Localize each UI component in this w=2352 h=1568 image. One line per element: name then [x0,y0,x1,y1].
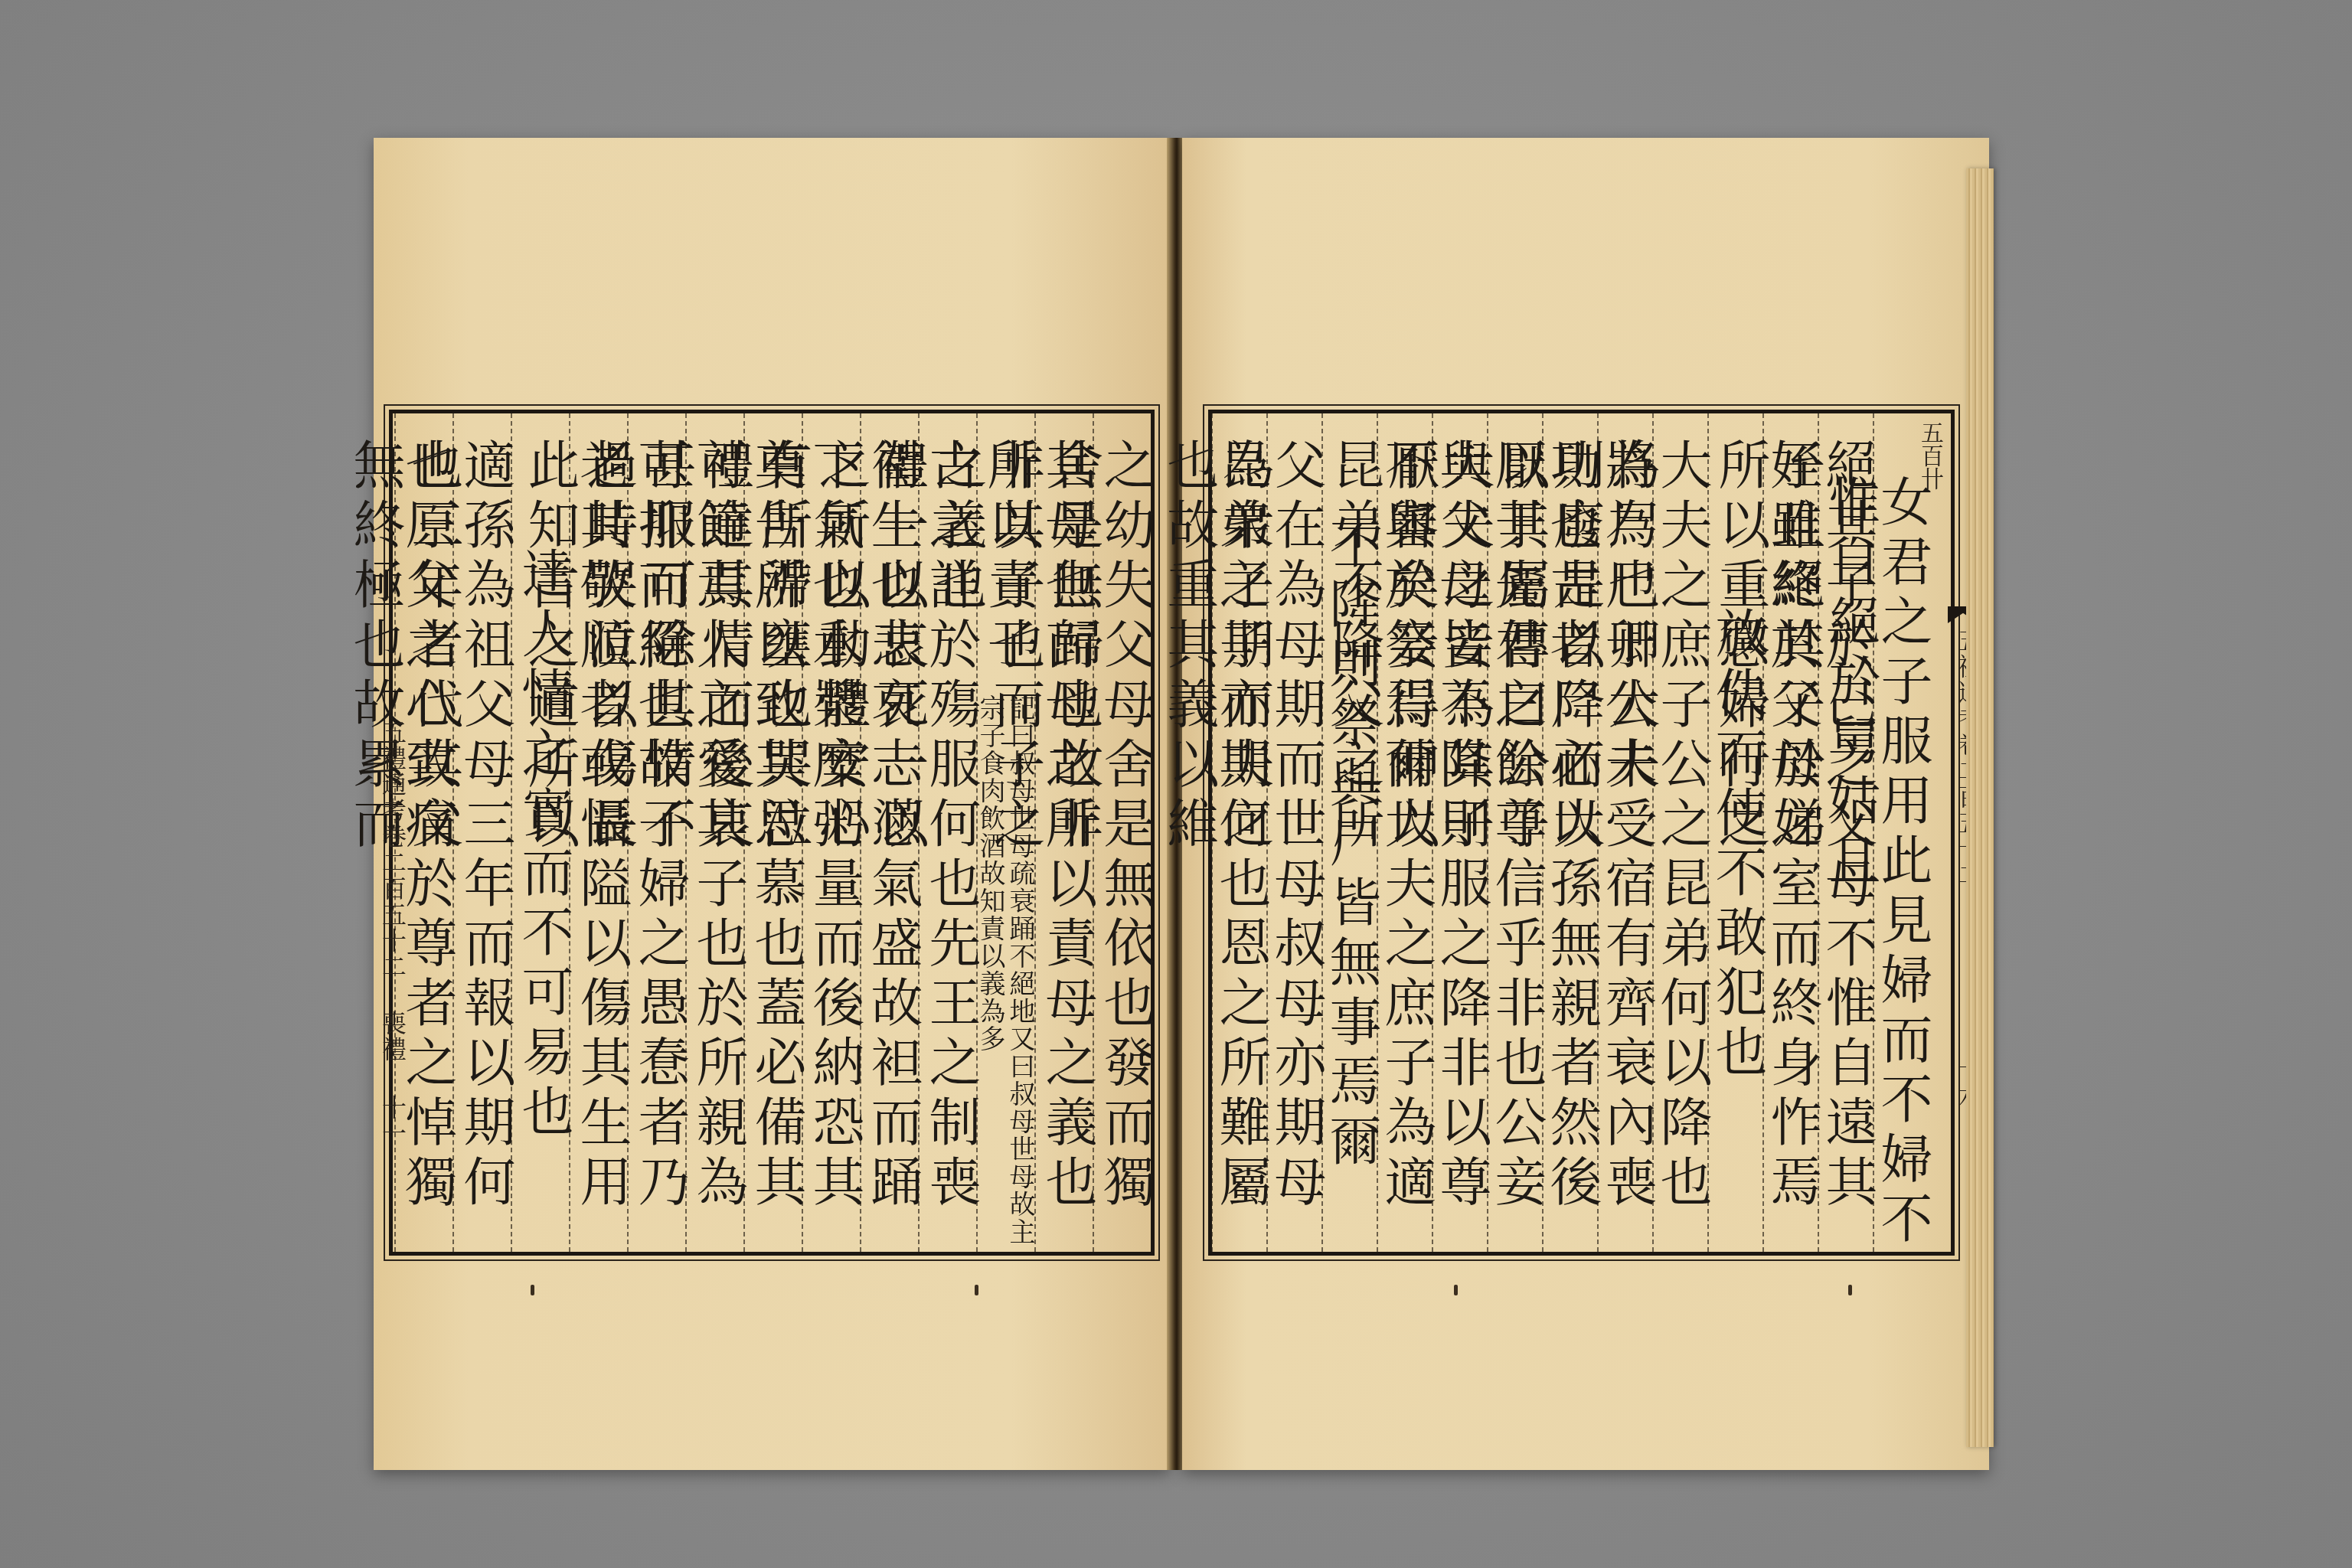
banxin-page-number: 十一 [375,1095,410,1147]
text-column: 衛生也悲哀志懣氣盛故袒而踊之所以動體安心 [860,413,918,1252]
text-column: 奠告所以致其思慕也蓋必備其禮達其情而後哀 [743,413,802,1252]
thread-mark [975,1285,978,1295]
text-column: 功也古者尸必以孫無親者然後以其屬傳曰公子 [1542,413,1597,1252]
text-column: 絕其子於己之父母不惟自遠其子且絕其子於娣 [1818,413,1873,1252]
text-column-with-annotation: 所以責子之義也 記曰叔母世母疏衰踊不絕地又曰叔母世母故主宗子食肉飲酒故知責以義為… [976,413,1034,1252]
text-column: 老其敬順者或懾隘以傷其生用此知古之道所以 [569,413,627,1252]
text-column: 下氣也水漿糜粥量而後納恐其有所滯壅也哭泣 [802,413,860,1252]
text-column: 厭于先君之餘尊信乎非也公妾大夫之妾為其子 [1487,413,1542,1252]
text-column: 達人情之實而不可易也 [511,413,569,1252]
text-column: 姪雖終於父母之室而終身怍焉所以重懲婦行之 [1762,413,1818,1252]
banxin-title: 五禮通考卷二百五十二 喪禮 [375,720,410,1063]
text-column: 女君之子服用此見婦而不婦不惟自絕於舅姑且 [1873,413,1928,1252]
text-column: 與父母皆不降則服之降非以尊厭審矣妾得伸以 [1432,413,1487,1252]
left-text-frame: 之幼失父母舍是無依也發而獨舍是無歸也故非 其母也而母之所以責母之義也非其子也而子… [389,410,1155,1256]
thread-mark [1454,1285,1458,1295]
interlinear-annotation: 記曰叔母世母疏衰踊不絕地又曰叔母世母故主宗子食肉飲酒故知責以義為多 [978,694,1034,1252]
text-column: 其母也而母之所以責母之義也非其子也而子之 [1034,413,1093,1252]
text-column: 父在為母期而世母叔母亦期母為衆子期而夫之 [1266,413,1321,1252]
text-column: 可節焉人之愛其子也於所親為甚服可除其情不 [685,413,743,1252]
thread-mark [531,1285,534,1295]
left-page: 之幼失父母舍是無依也發而獨舍是無歸也故非 其母也而母之所以責母之義也非其子也而子… [374,138,1170,1470]
right-text-frame: 五百卄 女君之子服用此見婦而不婦不惟自絕於舅姑且 絕其子於己之父母不惟自遠其子且… [1208,410,1955,1256]
text-column: 大夫之庶子公之昆弟何以降也為尸也卿大夫 [1652,413,1707,1252]
text-column: 將為尸于公未受宿有齊衰內喪則廢是以降而大 [1597,413,1652,1252]
page-edges [1966,168,1994,1447]
thread-mark [1848,1285,1852,1295]
text-column: 放佚而使不敢犯也 [1707,413,1762,1252]
text-column: 之幼失父母舍是無依也發而獨舍是無歸也故非 [1093,413,1151,1252]
text-column: 適孫為祖父母三年而報以期何也三年者代其父 [452,413,511,1252]
text-column: 古之詳於殤服何也先王之制喪禮一以哀死一以 [918,413,976,1252]
text-column: 不與於祭焉爾大夫之庶子為適昆弟不降父之所 [1377,413,1432,1252]
open-book: 之幼失父母舍是無依也發而獨舍是無歸也故非 其母也而母之所以責母之義也非其子也而子… [374,138,1989,1470]
text-column: 不降則祭與尸皆無事焉爾 [1321,413,1377,1252]
right-page: 五百卄 女君之子服用此見婦而不婦不惟自絕於舅姑且 絕其子於己之父母不惟自遠其子且… [1182,138,1989,1470]
text-column: 昆弟之子亦期何也恩之所難屬也故重其義以維 [1211,413,1266,1252]
text-column: 可抑而絕也故子婦之愚惷者乃過時哭泣以傷長 [627,413,685,1252]
